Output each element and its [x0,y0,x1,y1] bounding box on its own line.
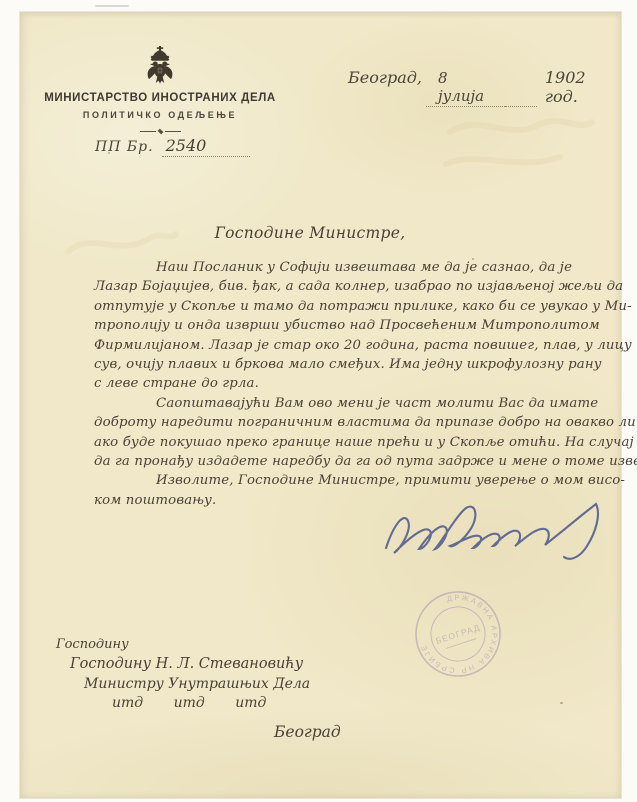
handwritten-line: доброту наредити пограничним властима да… [94,413,594,432]
recipient-line: итд итд итд [112,692,402,711]
dateline-city: Београд, [348,68,422,87]
handwritten-line: трополију и онда изврши убиство над Прос… [94,316,594,335]
coat-of-arms-icon [144,46,176,86]
paper-speck [560,702,563,704]
scan-artifact-dash [95,5,129,7]
handwritten-line: Изволите, Господине Министре, примити ув… [94,471,594,490]
handwritten-line: сув, очију плавих и бркова мало смеђих. … [94,355,594,374]
letterhead: МИНИСТАРСТВО ИНОСТРАНИХ ДЕЛА ПОЛИТИЧКО О… [40,46,280,134]
paper-speck [108,152,110,154]
signature-icon [378,496,618,570]
ink-bleedthrough-mark [440,102,600,192]
paper-speck [472,258,474,260]
archive-stamp-icon: ДРЖАВНА АРХИВА НР СРБИЈЕ БЕОГРАД [400,576,516,692]
handwritten-line: Саопштавајући Вам ово мени је част молит… [94,394,594,413]
handwritten-line: ако буде покушао преко границе наше прећ… [94,433,594,452]
handwritten-line: отпутује у Скопље и тамо да потражи прил… [94,297,594,316]
scanned-letter: МИНИСТАРСТВО ИНОСТРАНИХ ДЕЛА ПОЛИТИЧКО О… [0,0,637,802]
salutation: Господине Министре, [180,224,440,242]
recipient-line: Министру Унутрашњих Дела [84,673,402,692]
recipient-line: Господину Н. Л. Стевановићу [70,653,402,672]
letter-body: Наш Посланик у Софији извештава ме да је… [94,258,594,510]
reference-line: ПП Бр. 2540 [95,136,250,157]
handwritten-line: да га пронађу издадете наредбу да га од … [94,452,594,471]
handwritten-line: Фирмилијаном. Лазар је стар око 20 годин… [94,336,594,355]
handwritten-line: с леве стране до грла. [94,374,594,393]
recipient-block: ГосподинуГосподину Н. Л. СтевановићуМини… [42,634,402,740]
letter-paper: МИНИСТАРСТВО ИНОСТРАНИХ ДЕЛА ПОЛИТИЧКО О… [20,12,621,798]
recipient-line: Господину [56,634,402,653]
department-title: ПОЛИТИЧКО ОДЕЉЕЊЕ [40,110,280,120]
recipient-line: Београд [274,721,402,740]
letterhead-divider [40,129,280,134]
ink-bleedthrough-mark [60,212,180,272]
reference-number: 2540 [162,136,251,157]
handwritten-line: Лазар Бојаџијев, бив. ђак, а сада колнер… [94,277,594,296]
stamp-center-text: БЕОГРАД [434,622,481,646]
ministry-title: МИНИСТАРСТВО ИНОСТРАНИХ ДЕЛА [40,92,280,104]
reference-label: ПП Бр. [95,139,154,155]
